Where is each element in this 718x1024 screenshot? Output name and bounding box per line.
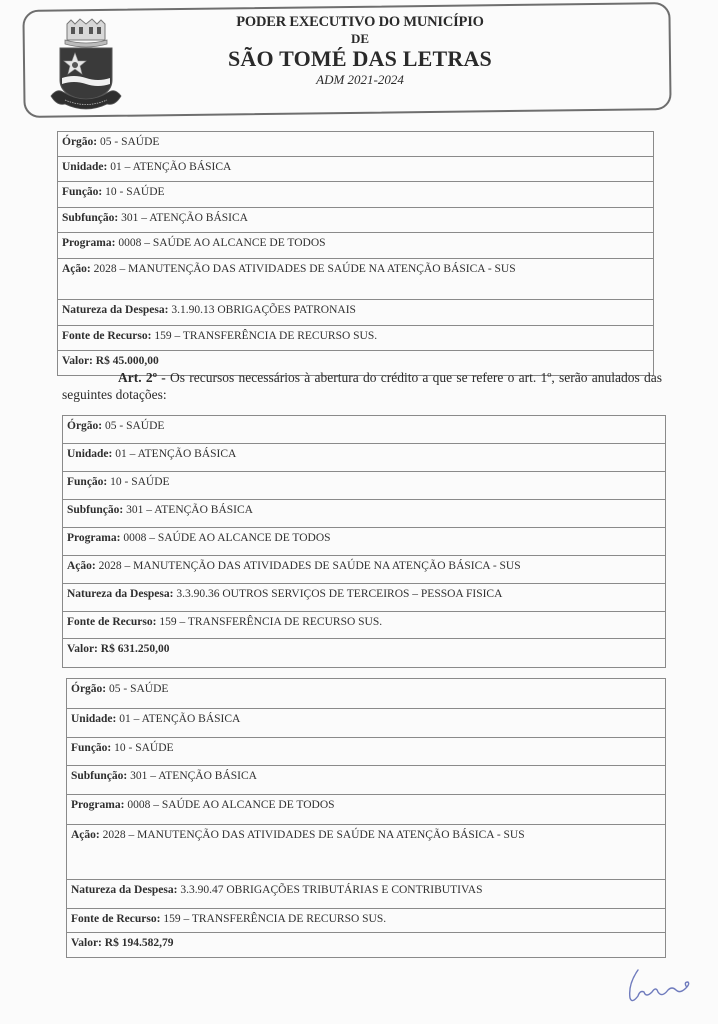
field-value: 3.3.90.47 OBRIGAÇÕES TRIBUTÁRIAS E CONTR… bbox=[177, 884, 482, 896]
table-row-fonte-recurso: Fonte de Recurso: 159 – TRANSFERÊNCIA DE… bbox=[67, 909, 666, 933]
table-row-acao: Ação: 2028 – MANUTENÇÃO DAS ATIVIDADES D… bbox=[63, 556, 666, 584]
cell-natureza-despesa: Natureza da Despesa: 3.3.90.47 OBRIGAÇÕE… bbox=[67, 880, 666, 909]
cell-unidade: Unidade: 01 – ATENÇÃO BÁSICA bbox=[58, 157, 654, 182]
field-label: Ação: bbox=[67, 560, 96, 572]
cell-acao: Ação: 2028 – MANUTENÇÃO DAS ATIVIDADES D… bbox=[67, 825, 666, 880]
table-row-fonte-recurso: Fonte de Recurso: 159 – TRANSFERÊNCIA DE… bbox=[63, 612, 666, 639]
field-value: R$ 194.582,79 bbox=[102, 937, 174, 949]
table-row-programa: Programa: 0008 – SAÚDE AO ALCANCE DE TOD… bbox=[58, 233, 654, 259]
field-value: 2028 – MANUTENÇÃO DAS ATIVIDADES DE SAÚD… bbox=[91, 263, 516, 275]
cell-natureza-despesa: Natureza da Despesa: 3.3.90.36 OUTROS SE… bbox=[63, 584, 666, 612]
municipal-coat-of-arms-icon bbox=[47, 18, 125, 113]
field-value: 10 - SAÚDE bbox=[111, 742, 173, 754]
field-label: Fonte de Recurso: bbox=[62, 330, 151, 342]
field-label: Subfunção: bbox=[67, 504, 123, 516]
table-row-programa: Programa: 0008 – SAÚDE AO ALCANCE DE TOD… bbox=[63, 528, 666, 556]
cell-valor: Valor: R$ 194.582,79 bbox=[67, 933, 666, 958]
budget-allocation-table-3: Órgão: 05 - SAÚDEUnidade: 01 – ATENÇÃO B… bbox=[66, 678, 666, 958]
table-row-natureza-despesa: Natureza da Despesa: 3.1.90.13 OBRIGAÇÕE… bbox=[58, 300, 654, 326]
field-label: Fonte de Recurso: bbox=[67, 616, 156, 628]
field-value: 2028 – MANUTENÇÃO DAS ATIVIDADES DE SAÚD… bbox=[100, 829, 525, 841]
table-row-unidade: Unidade: 01 – ATENÇÃO BÁSICA bbox=[67, 709, 666, 738]
field-label: Órgão: bbox=[67, 420, 102, 432]
field-label: Valor: bbox=[62, 355, 93, 367]
table-row-acao: Ação: 2028 – MANUTENÇÃO DAS ATIVIDADES D… bbox=[58, 259, 654, 300]
field-label: Função: bbox=[71, 742, 111, 754]
letterhead-title: PODER EXECUTIVO DO MUNICÍPIO DE SÃO TOMÉ… bbox=[190, 12, 530, 87]
field-value: 01 – ATENÇÃO BÁSICA bbox=[112, 448, 236, 460]
cell-orgao: Órgão: 05 - SAÚDE bbox=[58, 132, 654, 157]
field-label: Programa: bbox=[71, 799, 124, 811]
header-municipality-name: SÃO TOMÉ DAS LETRAS bbox=[190, 46, 530, 72]
cell-fonte-recurso: Fonte de Recurso: 159 – TRANSFERÊNCIA DE… bbox=[67, 909, 666, 933]
field-value: 3.3.90.36 OUTROS SERVIÇOS DE TERCEIROS –… bbox=[173, 588, 502, 600]
field-value: 301 – ATENÇÃO BÁSICA bbox=[118, 212, 248, 224]
cell-programa: Programa: 0008 – SAÚDE AO ALCANCE DE TOD… bbox=[63, 528, 666, 556]
field-value: 301 – ATENÇÃO BÁSICA bbox=[127, 770, 257, 782]
table-row-subfuncao: Subfunção: 301 – ATENÇÃO BÁSICA bbox=[67, 766, 666, 795]
field-value: R$ 631.250,00 bbox=[98, 643, 170, 655]
field-label: Unidade: bbox=[71, 713, 116, 725]
cell-acao: Ação: 2028 – MANUTENÇÃO DAS ATIVIDADES D… bbox=[63, 556, 666, 584]
field-label: Ação: bbox=[71, 829, 100, 841]
cell-funcao: Função: 10 - SAÚDE bbox=[67, 738, 666, 766]
table-row-funcao: Função: 10 - SAÚDE bbox=[63, 472, 666, 500]
cell-fonte-recurso: Fonte de Recurso: 159 – TRANSFERÊNCIA DE… bbox=[58, 326, 654, 351]
field-label: Unidade: bbox=[62, 161, 107, 173]
article-2-label: Art. 2º - bbox=[118, 370, 166, 385]
table-row-subfuncao: Subfunção: 301 – ATENÇÃO BÁSICA bbox=[58, 208, 654, 233]
budget-allocation-table-1: Órgão: 05 - SAÚDEUnidade: 01 – ATENÇÃO B… bbox=[57, 131, 654, 376]
field-value: 05 - SAÚDE bbox=[106, 683, 168, 695]
cell-natureza-despesa: Natureza da Despesa: 3.1.90.13 OBRIGAÇÕE… bbox=[58, 300, 654, 326]
field-value: R$ 45.000,00 bbox=[93, 355, 159, 367]
table-row-orgao: Órgão: 05 - SAÚDE bbox=[58, 132, 654, 157]
cell-funcao: Função: 10 - SAÚDE bbox=[63, 472, 666, 500]
field-value: 10 - SAÚDE bbox=[107, 476, 169, 488]
cell-acao: Ação: 2028 – MANUTENÇÃO DAS ATIVIDADES D… bbox=[58, 259, 654, 300]
field-value: 05 - SAÚDE bbox=[97, 136, 159, 148]
field-label: Natureza da Despesa: bbox=[67, 588, 173, 600]
table-row-orgao: Órgão: 05 - SAÚDE bbox=[63, 416, 666, 444]
cell-orgao: Órgão: 05 - SAÚDE bbox=[63, 416, 666, 444]
field-label: Valor: bbox=[71, 937, 102, 949]
field-label: Valor: bbox=[67, 643, 98, 655]
field-value: 159 – TRANSFERÊNCIA DE RECURSO SUS. bbox=[160, 913, 386, 925]
table-row-natureza-despesa: Natureza da Despesa: 3.3.90.36 OUTROS SE… bbox=[63, 584, 666, 612]
field-value: 159 – TRANSFERÊNCIA DE RECURSO SUS. bbox=[151, 330, 377, 342]
budget-allocation-table-2: Órgão: 05 - SAÚDEUnidade: 01 – ATENÇÃO B… bbox=[62, 415, 666, 668]
table-row-valor: Valor: R$ 631.250,00 bbox=[63, 639, 666, 668]
table-row-funcao: Função: 10 - SAÚDE bbox=[58, 182, 654, 208]
field-label: Programa: bbox=[67, 532, 120, 544]
cell-subfuncao: Subfunção: 301 – ATENÇÃO BÁSICA bbox=[63, 500, 666, 528]
table-row-funcao: Função: 10 - SAÚDE bbox=[67, 738, 666, 766]
cell-programa: Programa: 0008 – SAÚDE AO ALCANCE DE TOD… bbox=[58, 233, 654, 259]
cell-subfuncao: Subfunção: 301 – ATENÇÃO BÁSICA bbox=[67, 766, 666, 795]
field-label: Órgão: bbox=[62, 136, 97, 148]
handwritten-signature-icon bbox=[622, 962, 697, 1007]
cell-subfuncao: Subfunção: 301 – ATENÇÃO BÁSICA bbox=[58, 208, 654, 233]
cell-unidade: Unidade: 01 – ATENÇÃO BÁSICA bbox=[63, 444, 666, 472]
field-value: 01 – ATENÇÃO BÁSICA bbox=[116, 713, 240, 725]
cell-valor: Valor: R$ 631.250,00 bbox=[63, 639, 666, 668]
table-row-subfuncao: Subfunção: 301 – ATENÇÃO BÁSICA bbox=[63, 500, 666, 528]
field-value: 3.1.90.13 OBRIGAÇÕES PATRONAIS bbox=[168, 304, 355, 316]
table-row-natureza-despesa: Natureza da Despesa: 3.3.90.47 OBRIGAÇÕE… bbox=[67, 880, 666, 909]
table-row-orgao: Órgão: 05 - SAÚDE bbox=[67, 679, 666, 709]
field-label: Subfunção: bbox=[62, 212, 118, 224]
header-line-de: DE bbox=[190, 31, 530, 46]
field-label: Função: bbox=[67, 476, 107, 488]
field-value: 301 – ATENÇÃO BÁSICA bbox=[123, 504, 253, 516]
cell-orgao: Órgão: 05 - SAÚDE bbox=[67, 679, 666, 709]
field-label: Órgão: bbox=[71, 683, 106, 695]
field-label: Unidade: bbox=[67, 448, 112, 460]
field-label: Fonte de Recurso: bbox=[71, 913, 160, 925]
field-label: Programa: bbox=[62, 237, 115, 249]
field-label: Natureza da Despesa: bbox=[71, 884, 177, 896]
field-value: 10 - SAÚDE bbox=[102, 186, 164, 198]
cell-funcao: Função: 10 - SAÚDE bbox=[58, 182, 654, 208]
field-value: 159 – TRANSFERÊNCIA DE RECURSO SUS. bbox=[156, 616, 382, 628]
table-row-programa: Programa: 0008 – SAÚDE AO ALCANCE DE TOD… bbox=[67, 795, 666, 825]
field-label: Subfunção: bbox=[71, 770, 127, 782]
field-value: 0008 – SAÚDE AO ALCANCE DE TODOS bbox=[124, 799, 334, 811]
field-label: Natureza da Despesa: bbox=[62, 304, 168, 316]
table-row-acao: Ação: 2028 – MANUTENÇÃO DAS ATIVIDADES D… bbox=[67, 825, 666, 880]
field-value: 0008 – SAÚDE AO ALCANCE DE TODOS bbox=[120, 532, 330, 544]
field-label: Função: bbox=[62, 186, 102, 198]
table-row-fonte-recurso: Fonte de Recurso: 159 – TRANSFERÊNCIA DE… bbox=[58, 326, 654, 351]
header-administration-period: ADM 2021-2024 bbox=[190, 72, 530, 87]
table-row-valor: Valor: R$ 194.582,79 bbox=[67, 933, 666, 958]
field-value: 0008 – SAÚDE AO ALCANCE DE TODOS bbox=[115, 237, 325, 249]
field-label: Ação: bbox=[62, 263, 91, 275]
cell-unidade: Unidade: 01 – ATENÇÃO BÁSICA bbox=[67, 709, 666, 738]
cell-programa: Programa: 0008 – SAÚDE AO ALCANCE DE TOD… bbox=[67, 795, 666, 825]
cell-fonte-recurso: Fonte de Recurso: 159 – TRANSFERÊNCIA DE… bbox=[63, 612, 666, 639]
table-row-unidade: Unidade: 01 – ATENÇÃO BÁSICA bbox=[58, 157, 654, 182]
field-value: 01 – ATENÇÃO BÁSICA bbox=[107, 161, 231, 173]
table-row-unidade: Unidade: 01 – ATENÇÃO BÁSICA bbox=[63, 444, 666, 472]
field-value: 2028 – MANUTENÇÃO DAS ATIVIDADES DE SAÚD… bbox=[96, 560, 521, 572]
field-value: 05 - SAÚDE bbox=[102, 420, 164, 432]
article-2-paragraph: Art. 2º - Os recursos necessários à aber… bbox=[62, 369, 662, 403]
header-line-executive: PODER EXECUTIVO DO MUNICÍPIO bbox=[190, 14, 530, 31]
